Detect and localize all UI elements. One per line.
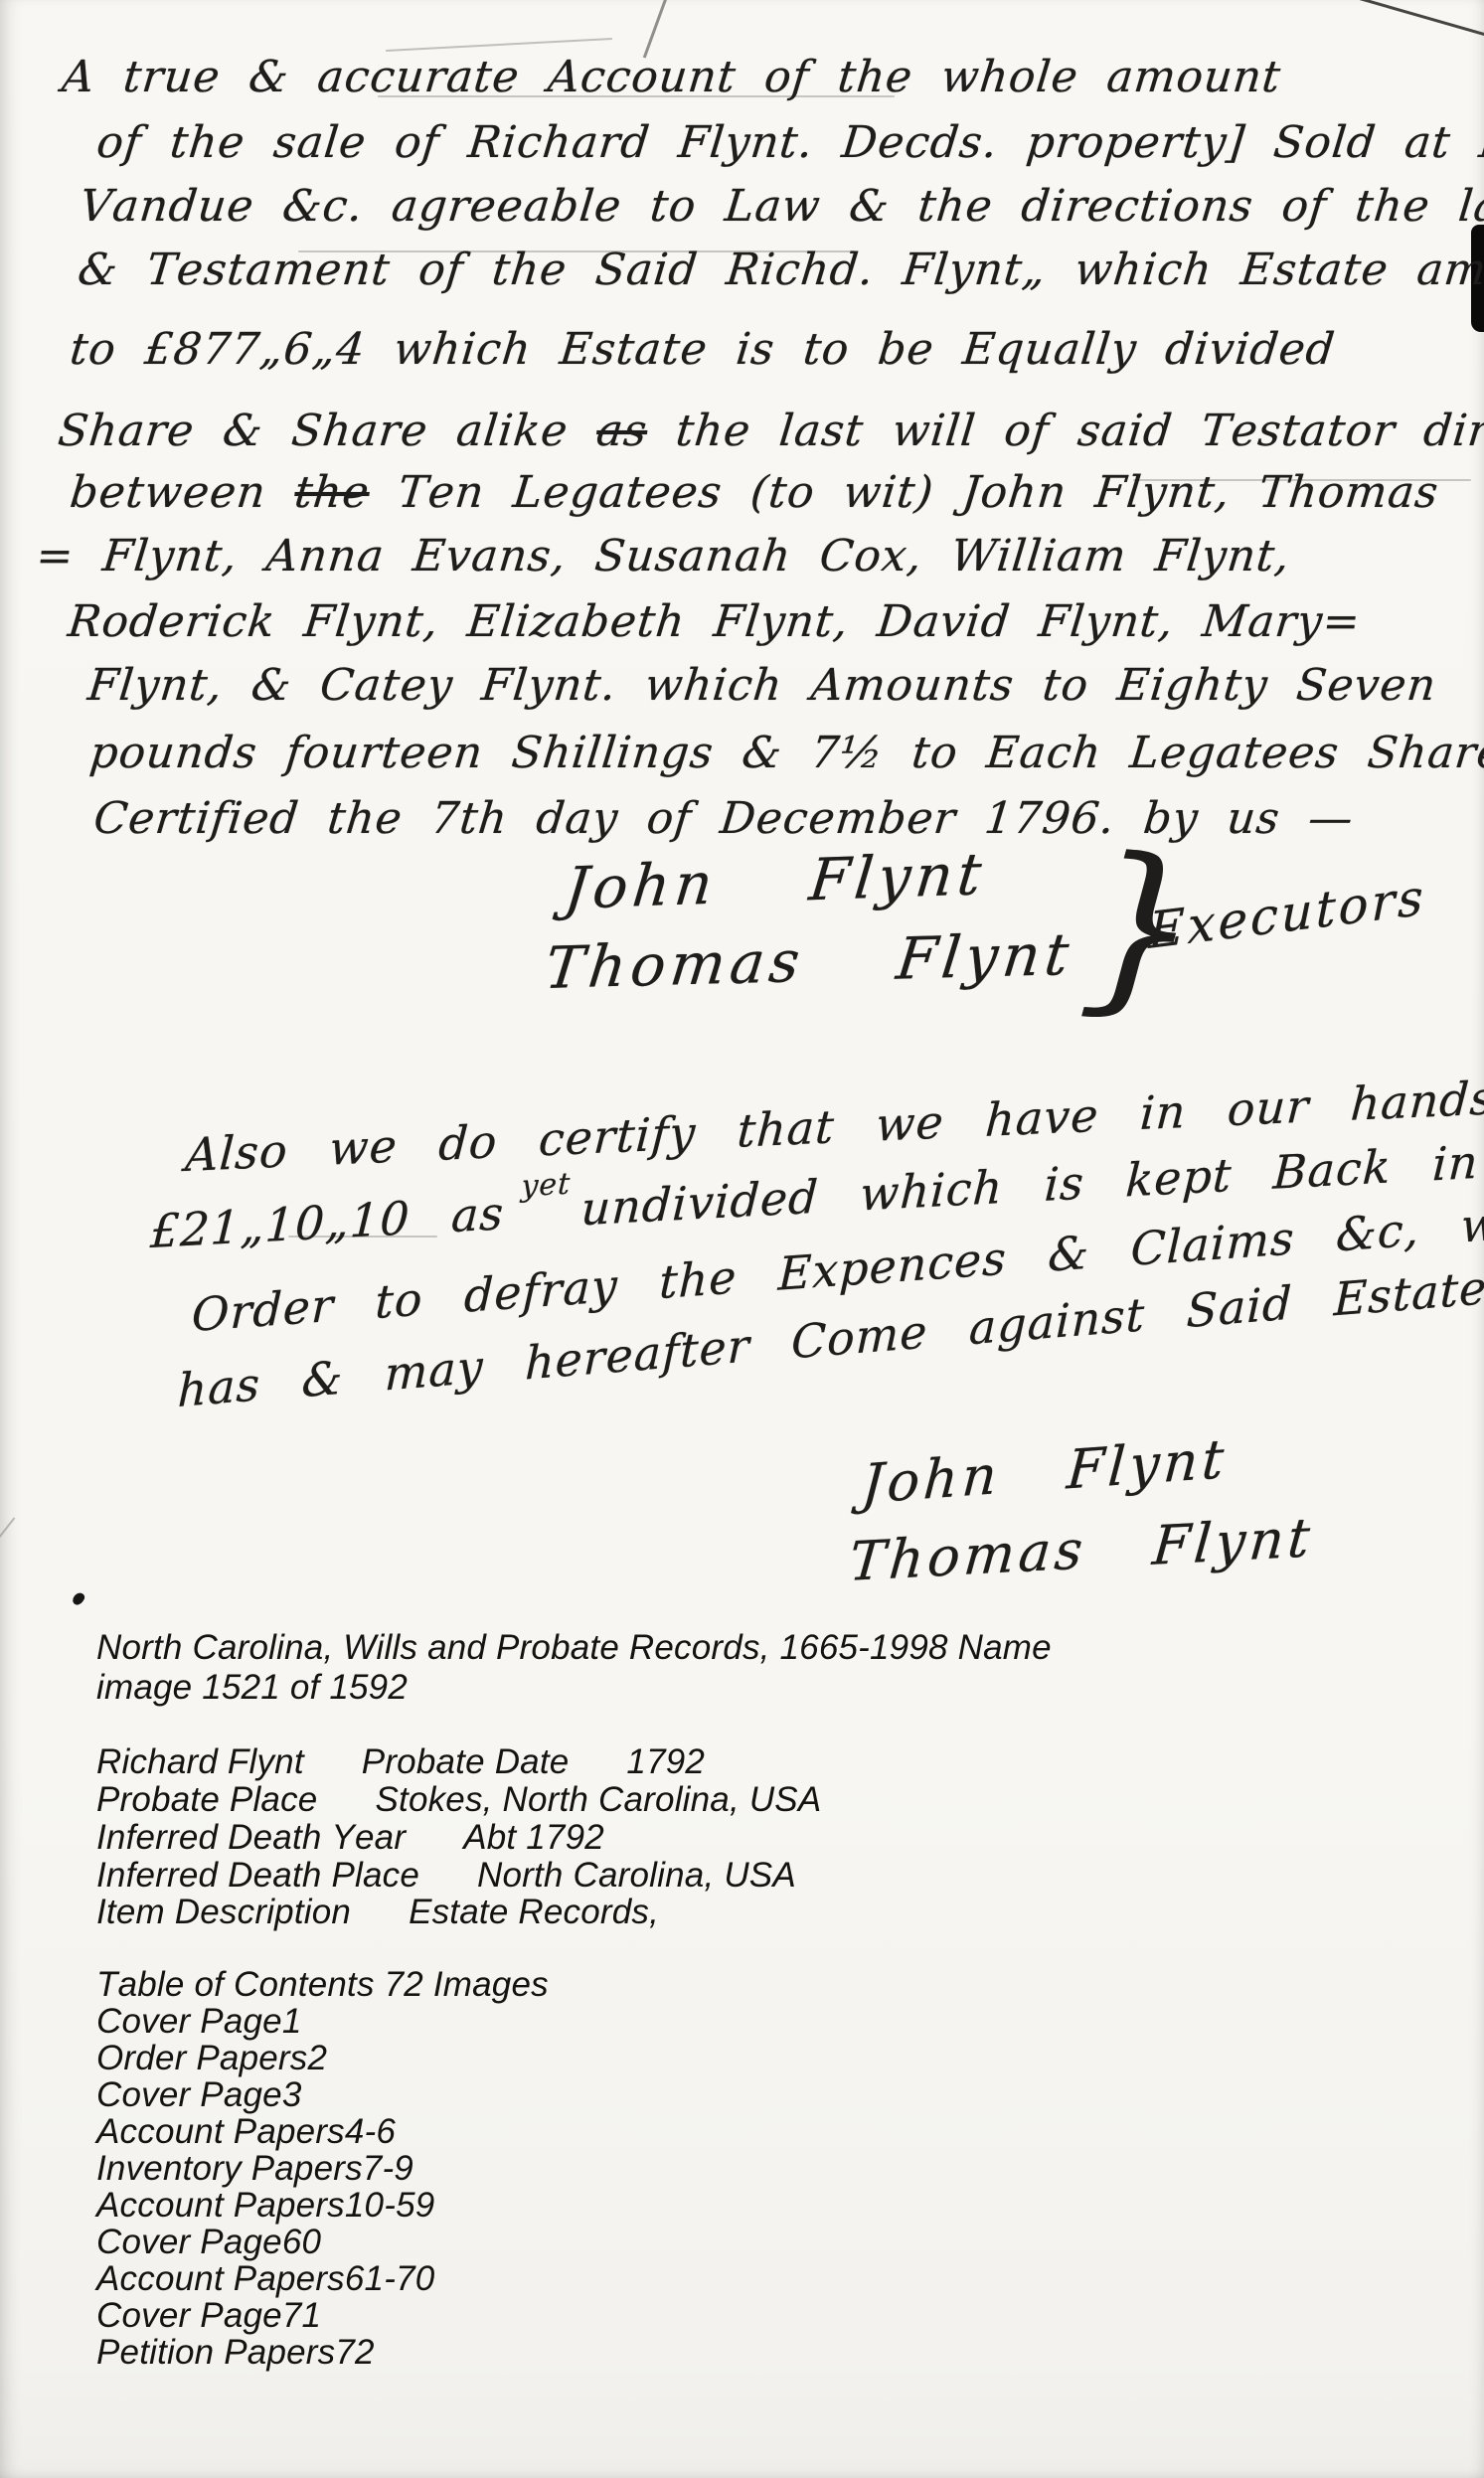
field-label: Probate Date: [362, 1742, 570, 1782]
line-text: Flynt, & Catey Flynt. which Amounts to E…: [85, 660, 1439, 711]
record-field-row: Inferred Death YearAbt 1792: [96, 1818, 604, 1858]
line-text: & Testament of the Said Richd. Flynt„ wh…: [76, 245, 1484, 295]
field-label: Inferred Death Place: [96, 1856, 419, 1896]
record-field-row: Item DescriptionEstate Records,: [96, 1893, 659, 1932]
toc-entry: Petition Papers72: [96, 2333, 375, 2373]
handwritten-line: pounds fourteen Shillings & 7½ to Each L…: [87, 728, 1484, 778]
field-value: North Carolina, USA: [477, 1856, 796, 1896]
edge-mark: [0, 1517, 15, 1540]
handwritten-line: Vandue &c. agreeable to Law & the direct…: [78, 181, 1484, 232]
faint-pencil-line: [386, 38, 612, 52]
record-field-row: Probate PlaceStokes, North Carolina, USA: [96, 1780, 821, 1820]
handwritten-line: of the sale of Richard Flynt. Decds. pro…: [94, 117, 1484, 168]
record-name: Richard Flynt: [96, 1742, 304, 1782]
line-text: pounds fourteen Shillings & 7½ to Each L…: [87, 728, 1484, 778]
field-value: Abt 1792: [463, 1818, 604, 1858]
toc-entry: Account Papers61-70: [96, 2259, 434, 2299]
line-text: of the sale of Richard Flynt. Decds. pro…: [94, 117, 1484, 168]
line-text: = Flynt, Anna Evans, Susanah Cox, Willia…: [34, 531, 1292, 581]
toc-entry: Order Papers2: [96, 2039, 327, 2078]
page-corner-fold-line: [1342, 0, 1484, 39]
struck-word: as: [594, 406, 650, 456]
record-field-row: Richard FlyntProbate Date1792: [96, 1742, 705, 1782]
line-text: to £877„6„4 which Estate is to be Equall…: [68, 324, 1338, 375]
signature-thomas-flynt: Thomas Flynt: [847, 1506, 1316, 1593]
inserted-word: yet: [521, 1167, 573, 1205]
record-field-row: Inferred Death PlaceNorth Carolina, USA: [96, 1856, 796, 1896]
line-text: the last will of said Testator directs: [645, 406, 1484, 456]
struck-word: the: [292, 467, 372, 518]
handwritten-line: = Flynt, Anna Evans, Susanah Cox, Willia…: [34, 531, 1292, 581]
signature-john-flynt: John Flynt: [562, 840, 989, 922]
toc-entry: Account Papers4-6: [96, 2112, 396, 2152]
field-label: Inferred Death Year: [96, 1818, 406, 1858]
line-text: Roderick Flynt, Elizabeth Flynt, David F…: [66, 596, 1363, 647]
stray-pen-mark: [643, 0, 668, 59]
handwritten-line: A true & accurate Account of the whole a…: [60, 52, 1283, 102]
scanned-probate-document-page: A true & accurate Account of the whole a…: [0, 0, 1484, 2478]
field-label: Probate Place: [96, 1780, 317, 1820]
line-text: Share & Share alike: [56, 406, 599, 456]
line-text: Vandue &c. agreeable to Law & the direct…: [78, 181, 1484, 232]
handwritten-line: Flynt, & Catey Flynt. which Amounts to E…: [85, 660, 1439, 711]
signature-thomas-flynt: Thomas Flynt: [542, 920, 1077, 1002]
handwritten-line: & Testament of the Said Richd. Flynt„ wh…: [76, 245, 1484, 295]
toc-entry: Cover Page3: [96, 2075, 302, 2115]
collection-title: North Carolina, Wills and Probate Record…: [96, 1628, 1052, 1668]
line-text: Ten Legatees (to wit) John Flynt, Thomas: [367, 467, 1441, 518]
handwritten-line: Roderick Flynt, Elizabeth Flynt, David F…: [66, 596, 1363, 647]
image-position: image 1521 of 1592: [96, 1668, 408, 1708]
toc-entry: Inventory Papers7-9: [96, 2149, 413, 2189]
line-text: between: [68, 467, 297, 518]
signature-john-flynt: John Flynt: [860, 1427, 1230, 1516]
field-value: Estate Records,: [409, 1893, 659, 1932]
field-value: 1792: [626, 1742, 705, 1782]
handwritten-line: between the Ten Legatees (to wit) John F…: [68, 467, 1441, 518]
line-text: £21„10„10 as: [149, 1186, 506, 1258]
handwritten-line: Share & Share alike as the last will of …: [56, 406, 1484, 456]
toc-entry: Cover Page1: [96, 2002, 302, 2042]
toc-entry: Cover Page60: [96, 2223, 321, 2262]
ink-dot: [71, 1590, 86, 1606]
field-label: Item Description: [96, 1893, 351, 1932]
toc-heading: Table of Contents 72 Images: [96, 1965, 549, 2005]
handwritten-line: to £877„6„4 which Estate is to be Equall…: [68, 324, 1338, 375]
toc-entry: Cover Page71: [96, 2296, 321, 2336]
toc-entry: Account Papers10-59: [96, 2186, 434, 2226]
line-text: A true & accurate Account of the whole a…: [60, 52, 1283, 102]
field-value: Stokes, North Carolina, USA: [375, 1780, 821, 1820]
